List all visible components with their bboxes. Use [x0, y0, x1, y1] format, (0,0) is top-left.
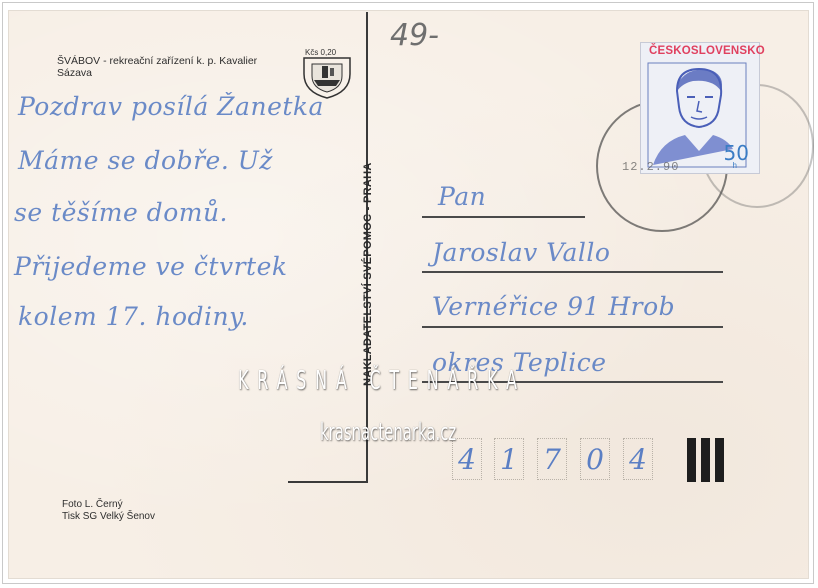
address-line-rule [422, 216, 585, 218]
postmark-date: 12.2.90 [622, 160, 679, 174]
stamp-country: ČESKOSLOVENSKO [649, 45, 765, 57]
postal-bar [687, 438, 696, 482]
address-name: Jaroslav Vallo [432, 238, 610, 267]
postage-stamp: ČESKOSLOVENSKO 50 h [640, 42, 760, 174]
postal-code-digit: 4 [623, 438, 653, 480]
postal-bar [701, 438, 710, 482]
address-salutation: Pan [438, 182, 486, 211]
address-line-rule [422, 271, 723, 273]
watermark-title: KRÁSNÁ ČTENÁŘKA [238, 366, 585, 396]
stamp-unit: h [733, 161, 737, 170]
postal-code-digit: 0 [580, 438, 610, 480]
pencil-note: 49- [390, 18, 439, 53]
credits-photo: Foto L. Černý [62, 499, 123, 511]
credits-print: Tisk SG Velký Šenov [62, 511, 155, 523]
message-line: se těšíme domů. [14, 198, 228, 227]
badge-price: Kčs 0,20 [305, 48, 336, 57]
address-street: Vernéřice 91 Hrob [432, 292, 675, 321]
message-line: Máme se dobře. Už [18, 146, 273, 175]
watermark-url: krasnactenarka.cz [320, 418, 456, 446]
message-line: kolem 17. hodiny. [18, 302, 249, 331]
postal-code-digit: 7 [537, 438, 567, 480]
address-line-rule [422, 326, 723, 328]
publisher-text: NAKLADATELSTVÍ SVÉPOMOC - PRAHA [362, 162, 374, 386]
divider-foot [288, 481, 368, 483]
postal-bar [715, 438, 724, 482]
message-line: Pozdrav posílá Žanetka [18, 92, 324, 121]
message-line: Přijedeme ve čtvrtek [14, 252, 288, 281]
caption-line-1: ŠVÁBOV - rekreační zařízení k. p. Kavali… [57, 55, 257, 67]
caption-line-2: Sázava [57, 67, 92, 79]
postal-code-digit: 1 [494, 438, 524, 480]
postal-code-digit: 4 [452, 438, 482, 480]
